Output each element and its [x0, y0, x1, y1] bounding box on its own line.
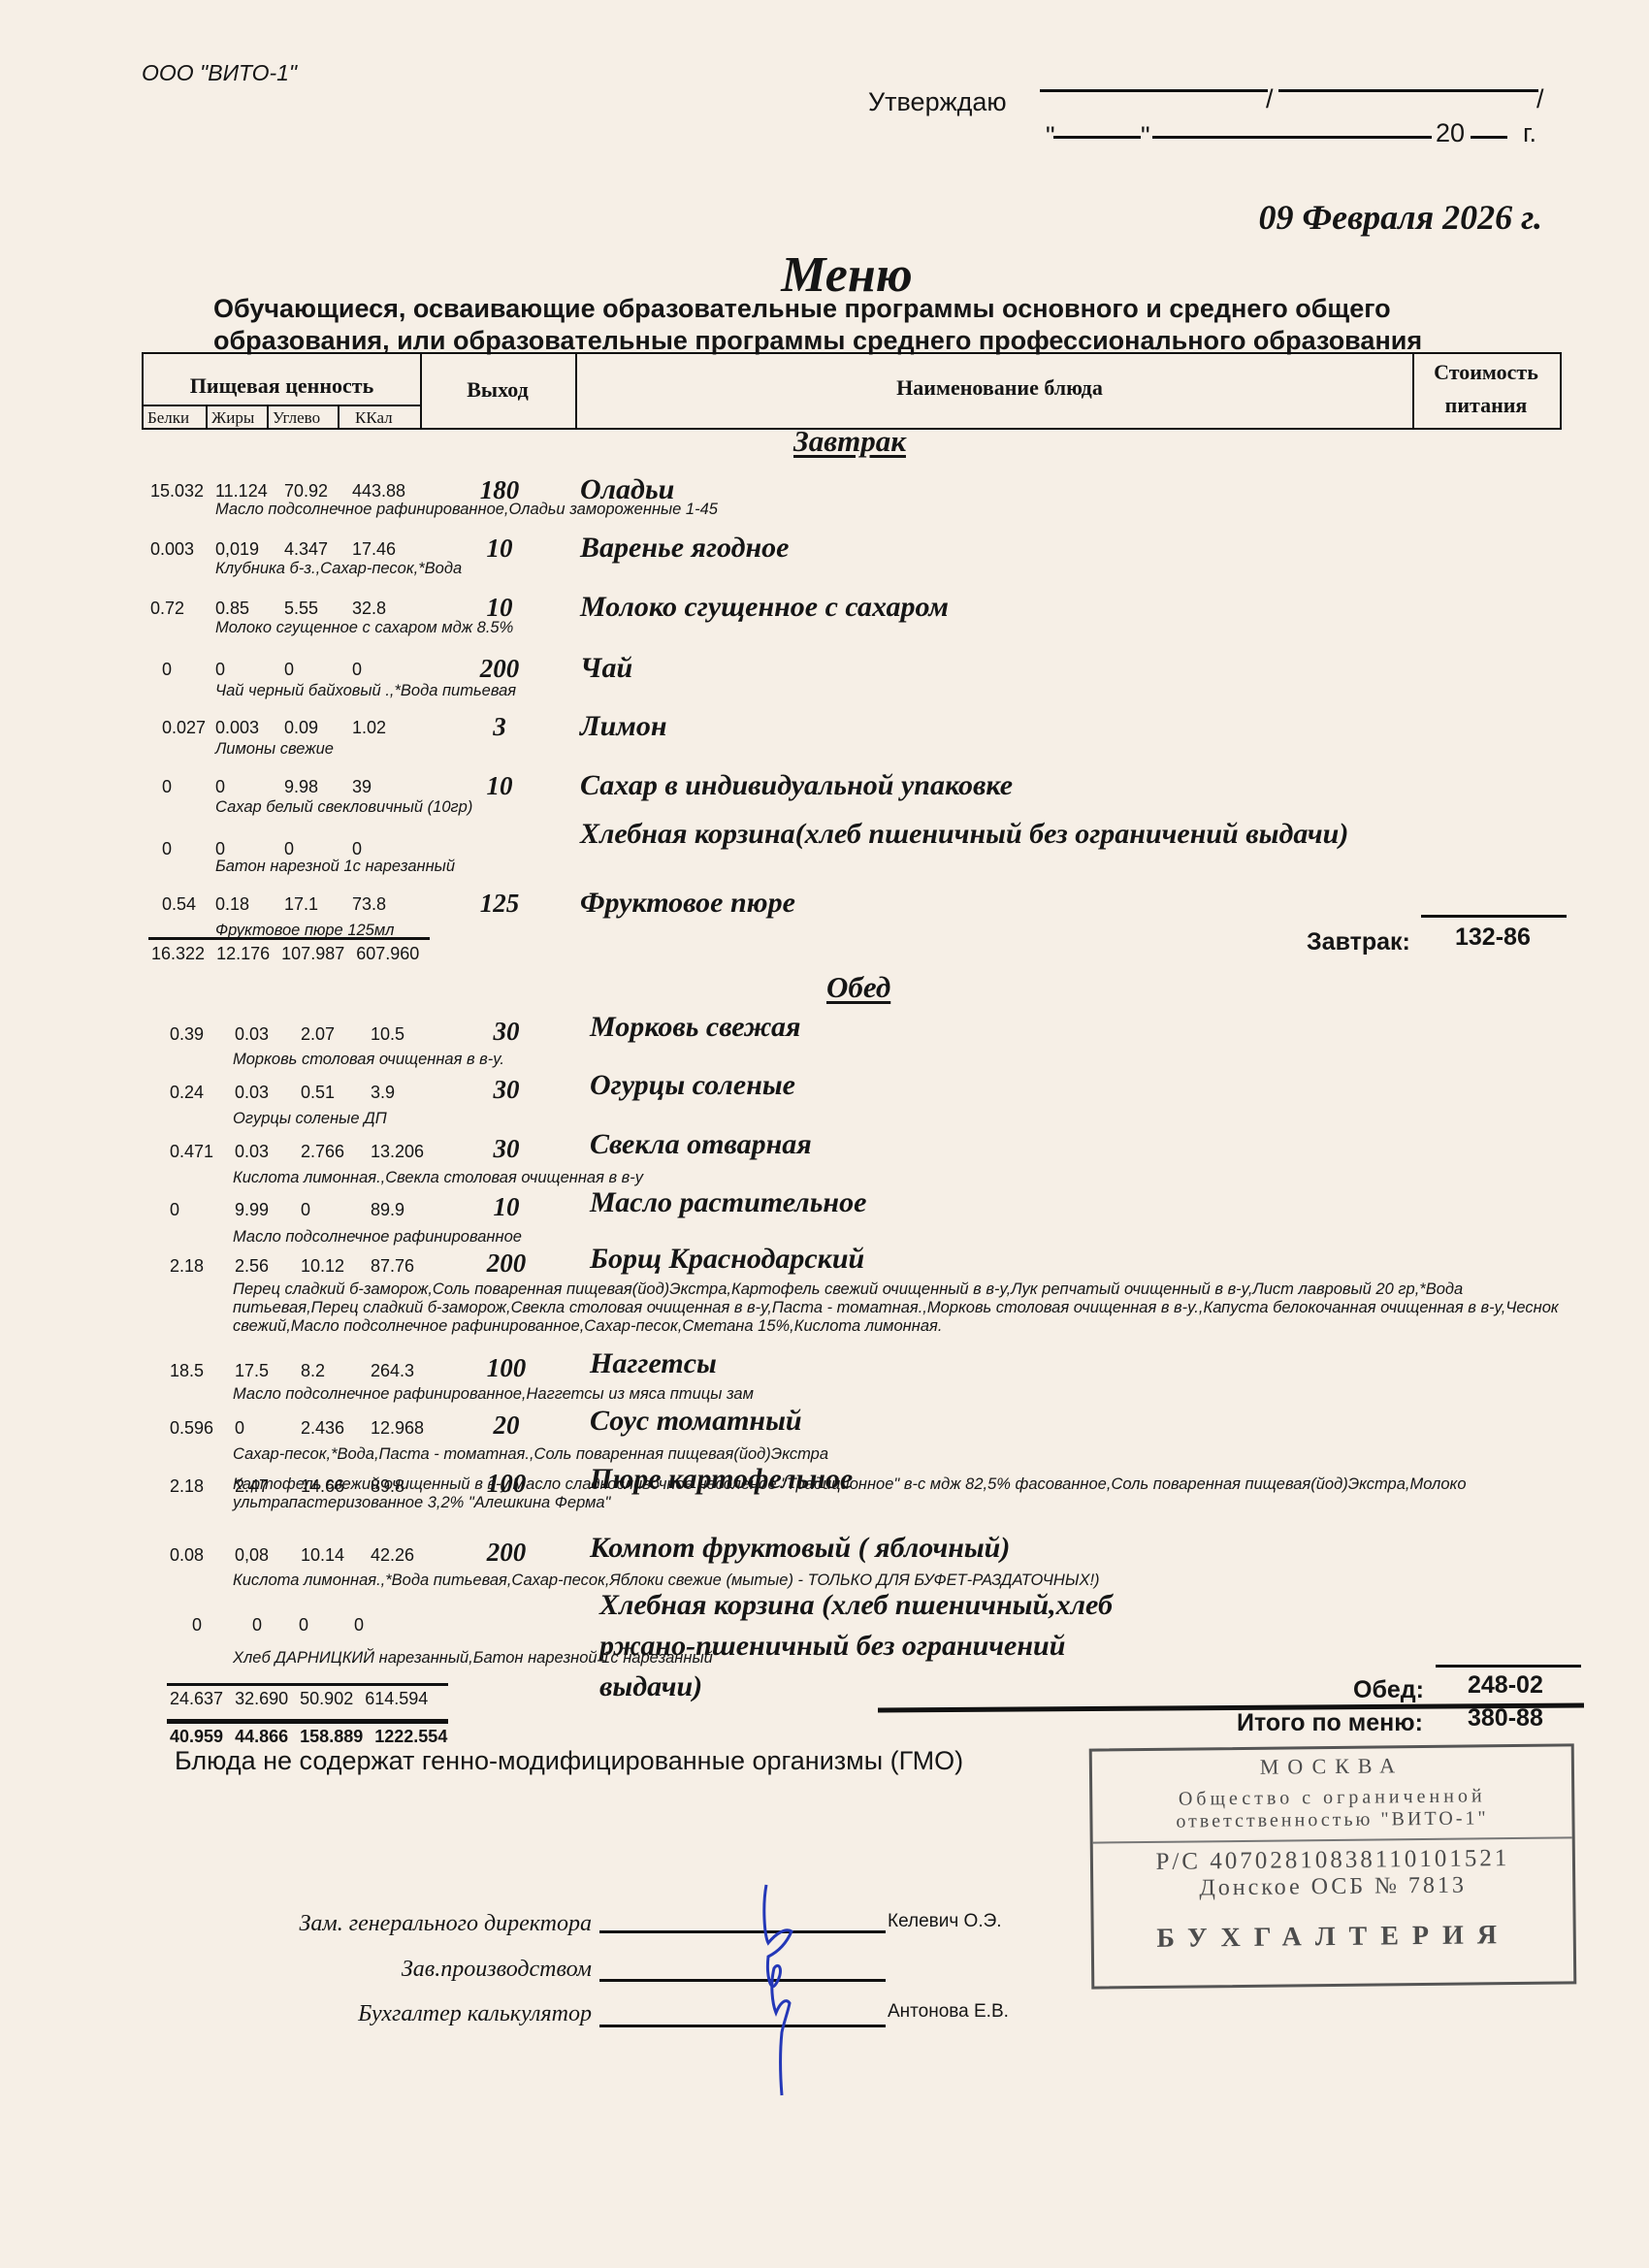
page-subtitle: Обучающиеся, осваивающие образовательные…	[213, 293, 1513, 357]
dish-ingredients: Лимоны свежие	[215, 740, 1088, 759]
nutrient-carbs: 5.55	[284, 599, 318, 619]
nutrient-kcal: 0	[352, 839, 362, 859]
dish-name: Чай	[580, 652, 632, 685]
dish-yield: 10	[461, 771, 538, 801]
nutrient-protein: 0	[162, 777, 172, 797]
approve-signature-line	[1040, 89, 1268, 92]
nutrient-fat: 0.85	[215, 599, 249, 619]
nutrient-protein: 2.18	[170, 1476, 204, 1497]
nutrient-carbs: 0	[284, 660, 294, 680]
nutrient-kcal: 32.8	[352, 599, 386, 619]
dish-yield: 10	[468, 1192, 545, 1222]
nutrient-fat: 2.56	[235, 1256, 269, 1277]
nutrient-protein: 18.5	[170, 1361, 204, 1381]
dish-ingredients: Чай черный байховый .,*Вода питьевая	[215, 682, 1088, 700]
approve-year-suffix: г.	[1523, 118, 1536, 148]
dish-yield: 125	[461, 889, 538, 919]
nutrient-kcal: 3.9	[371, 1083, 395, 1103]
nutrient-protein: 0	[162, 660, 172, 680]
nutrient-kcal: 42.26	[371, 1545, 414, 1566]
dish-ingredients: Сахар-песок,*Вода,Паста - томатная.,Соль…	[233, 1445, 1300, 1464]
nutrient-carbs: 2.766	[301, 1142, 344, 1162]
grand-total-rule	[167, 1719, 448, 1724]
dish-yield: 200	[468, 1538, 545, 1568]
total-carbs: 50.902	[300, 1689, 353, 1708]
total-protein: 40.959	[170, 1727, 223, 1746]
dish-ingredients: Морковь столовая очищенная в в-у.	[233, 1051, 1300, 1069]
dish-ingredients: Сахар белый свекловичный (10гр)	[215, 798, 1088, 817]
nutrient-carbs: 17.1	[284, 894, 318, 915]
nutrient-carbs: 2.07	[301, 1024, 335, 1045]
grand-total-cost: 380-88	[1468, 1704, 1543, 1733]
col-divider	[267, 405, 269, 428]
col-fat: Жиры	[211, 408, 254, 428]
nutrient-fat: 9.99	[235, 1200, 269, 1220]
nutrient-kcal: 443.88	[352, 481, 405, 502]
col-cost: Стоимость питания	[1414, 356, 1558, 422]
dish-yield: 200	[461, 654, 538, 684]
stamp-bank: Донское ОСБ № 7813	[1093, 1871, 1572, 1902]
lunch-nutrition-totals: 24.637 32.690 50.902 614.594	[170, 1689, 435, 1709]
lunch-cost-label: Обед:	[1353, 1676, 1424, 1704]
breakfast-cost: 132-86	[1455, 923, 1531, 952]
nutrient-fat: 0,08	[235, 1545, 269, 1566]
dish-name: Наггетсы	[590, 1347, 717, 1380]
nutrient-carbs: 0	[301, 1200, 310, 1220]
header-divider	[144, 405, 420, 406]
nutrient-carbs: 8.2	[301, 1361, 325, 1381]
dish-name: Хлебная корзина(хлеб пшеничный без огран…	[580, 818, 1348, 851]
stamp-account: Р/С 40702810838110101521	[1093, 1844, 1572, 1876]
total-kcal: 1222.554	[374, 1727, 447, 1746]
dish-ingredients: Хлеб ДАРНИЦКИЙ нарезанный,Батон нарезной…	[233, 1649, 1300, 1668]
nutrient-protein: 0.471	[170, 1142, 213, 1162]
dish-name: Сахар в индивидуальной упаковке	[580, 769, 1013, 802]
nutrient-protein: 0.027	[162, 718, 206, 738]
breakfast-nutrition-totals: 16.322 12.176 107.987 607.960	[151, 944, 426, 964]
gmo-note: Блюда не содержат генно-модифицированные…	[175, 1746, 963, 1776]
nutrient-protein: 0.003	[150, 539, 194, 560]
grand-total-label: Итого по меню:	[1237, 1709, 1423, 1737]
nutrient-kcal: 73.8	[352, 894, 386, 915]
nutrient-fat: 0	[215, 660, 225, 680]
nutrient-fat: 0.03	[235, 1083, 269, 1103]
grand-nutrition-totals: 40.959 44.866 158.889 1222.554	[170, 1727, 454, 1747]
col-carbs: Углево	[273, 408, 320, 428]
organization-name: ООО "ВИТО-1"	[142, 60, 297, 86]
lunch-cost: 248-02	[1468, 1671, 1543, 1700]
dish-name: Соус томатный	[590, 1405, 802, 1438]
nutrient-fat: 0.03	[235, 1024, 269, 1045]
total-kcal: 607.960	[356, 944, 419, 963]
nutrient-carbs: 0	[284, 839, 294, 859]
col-yield: Выход	[420, 377, 575, 403]
col-dish-name: Наименование блюда	[575, 375, 1424, 401]
nutrient-carbs: 9.98	[284, 777, 318, 797]
total-carbs: 158.889	[300, 1727, 363, 1746]
dish-yield: 3	[461, 712, 538, 742]
approve-day-line	[1053, 136, 1141, 139]
dish-yield: 30	[468, 1017, 545, 1047]
stamp-city: МОСКВА	[1092, 1751, 1571, 1781]
dish-ingredients: Молоко сгущенное с сахаром мдж 8.5%	[215, 619, 1088, 637]
total-carbs: 107.987	[281, 944, 344, 963]
signature-role: Бухгалтер калькулятор	[252, 2001, 592, 2027]
nutrient-protein: 0	[162, 839, 172, 859]
lunch-total-rule	[167, 1683, 448, 1686]
total-fat: 44.866	[235, 1727, 288, 1746]
total-protein: 16.322	[151, 944, 205, 963]
approve-slash-end: /	[1536, 84, 1544, 114]
section-lunch: Обед	[826, 970, 890, 1005]
nutrient-kcal: 89.9	[371, 1200, 404, 1220]
nutrient-carbs: 2.436	[301, 1418, 344, 1439]
dish-ingredients: Кислота лимонная.,Свекла столовая очищен…	[233, 1169, 1300, 1187]
nutrient-fat: 0.003	[215, 718, 259, 738]
menu-date: 09 Февраля 2026 г.	[1259, 197, 1543, 238]
stamp-department: БУХГАЛТЕРИЯ	[1094, 1919, 1573, 1955]
nutrient-kcal: 10.5	[371, 1024, 404, 1045]
dish-name: Борщ Краснодарский	[590, 1243, 864, 1276]
signature-name: Келевич О.Э.	[888, 1911, 1002, 1932]
dish-name: Хлебная корзина (хлеб пшеничный,хлеб ржа…	[599, 1585, 1143, 1707]
approve-label: Утверждаю	[868, 87, 1007, 117]
section-breakfast: Завтрак	[793, 424, 906, 459]
nutrient-kcal: 17.46	[352, 539, 396, 560]
col-nutrition: Пищевая ценность	[144, 373, 420, 399]
nutrient-carbs: 0.51	[301, 1083, 335, 1103]
nutrient-fat: 0	[235, 1418, 244, 1439]
nutrient-fat: 17.5	[235, 1361, 269, 1381]
table-header: Пищевая ценность Белки Жиры Углево ККал …	[142, 352, 1562, 430]
breakfast-total-rule	[148, 937, 430, 940]
dish-ingredients: Батон нарезной 1с нарезанный	[215, 858, 1088, 876]
approve-slash: /	[1266, 84, 1274, 114]
dish-yield: 200	[468, 1248, 545, 1279]
nutrient-kcal: 1.02	[352, 718, 386, 738]
dish-ingredients: Масло подсолнечное рафинированное,Наггет…	[233, 1385, 1300, 1404]
col-divider	[206, 405, 208, 428]
stamp-line2: ответственностью "ВИТО-1"	[1092, 1806, 1571, 1833]
nutrient-protein: 0	[192, 1615, 202, 1636]
approve-name-line	[1278, 89, 1538, 92]
total-fat: 32.690	[235, 1689, 288, 1708]
approve-quote-close: "	[1141, 121, 1150, 151]
nutrient-protein: 0	[170, 1200, 179, 1220]
dish-name: Фруктовое пюре	[580, 887, 795, 920]
dish-yield: 20	[468, 1410, 545, 1441]
nutrient-fat: 0	[215, 839, 225, 859]
nutrient-kcal: 0	[354, 1615, 364, 1636]
dish-yield: 100	[468, 1353, 545, 1383]
nutrient-protein: 0.39	[170, 1024, 204, 1045]
nutrient-kcal: 264.3	[371, 1361, 414, 1381]
nutrient-kcal: 0	[352, 660, 362, 680]
nutrient-fat: 0.03	[235, 1142, 269, 1162]
total-fat: 12.176	[216, 944, 270, 963]
breakfast-cost-rule	[1421, 915, 1567, 918]
approve-year-line	[1471, 136, 1507, 139]
approve-year-prefix: 20	[1436, 118, 1465, 148]
nutrient-fat: 0	[215, 777, 225, 797]
col-kcal: ККал	[355, 408, 393, 428]
nutrient-fat: 0	[252, 1615, 262, 1636]
dish-ingredients: Перец сладкий б-заморож,Соль поваренная …	[233, 1280, 1571, 1336]
nutrient-fat: 11.124	[215, 481, 268, 502]
company-stamp: МОСКВА Общество с ограниченной ответстве…	[1089, 1743, 1577, 1989]
signature-role: Зам. генерального директора	[252, 1911, 592, 1937]
dish-ingredients: Масло подсолнечное рафинированное,Оладьи…	[215, 501, 1088, 519]
nutrient-carbs: 10.14	[301, 1545, 344, 1566]
nutrient-carbs: 0.09	[284, 718, 318, 738]
handwritten-signature	[737, 1877, 815, 2100]
nutrient-kcal: 12.968	[371, 1418, 424, 1439]
nutrient-protein: 0.72	[150, 599, 184, 619]
nutrient-protein: 2.18	[170, 1256, 204, 1277]
dish-yield: 30	[468, 1134, 545, 1164]
nutrient-protein: 0.24	[170, 1083, 204, 1103]
nutrient-kcal: 39	[352, 777, 372, 797]
signature-role: Зав.производством	[252, 1957, 592, 1983]
total-kcal: 614.594	[365, 1689, 428, 1708]
dish-yield: 30	[468, 1075, 545, 1105]
col-protein: Белки	[147, 408, 189, 428]
dish-ingredients: Огурцы соленые ДП	[233, 1110, 1300, 1128]
nutrient-protein: 0.596	[170, 1418, 213, 1439]
dish-name: Огурцы соленые	[590, 1069, 795, 1102]
total-protein: 24.637	[170, 1689, 223, 1708]
nutrient-kcal: 13.206	[371, 1142, 424, 1162]
nutrient-carbs: 70.92	[284, 481, 328, 502]
nutrient-carbs: 4.347	[284, 539, 328, 560]
dish-ingredients: Клубника б-з.,Сахар-песок,*Вода	[215, 560, 1088, 578]
nutrient-protein: 0.54	[162, 894, 196, 915]
lunch-cost-rule	[1436, 1665, 1581, 1668]
dish-name: Лимон	[580, 710, 666, 743]
nutrient-carbs: 10.12	[301, 1256, 344, 1277]
nutrient-protein: 15.032	[150, 481, 204, 502]
dish-ingredients: Картофель свежий очищенный в в-у,Масло с…	[233, 1475, 1571, 1512]
col-divider	[338, 405, 339, 428]
nutrient-protein: 0.08	[170, 1545, 204, 1566]
nutrient-carbs: 0	[299, 1615, 308, 1636]
approve-month-line	[1152, 136, 1432, 139]
nutrient-fat: 0,019	[215, 539, 259, 560]
signature-name: Антонова Е.В.	[888, 2001, 1009, 2023]
dish-name: Свекла отварная	[590, 1128, 812, 1161]
dish-name: Морковь свежая	[590, 1011, 800, 1044]
nutrient-kcal: 87.76	[371, 1256, 414, 1277]
breakfast-cost-label: Завтрак:	[1307, 928, 1410, 956]
dish-name: Масло растительное	[590, 1186, 866, 1219]
nutrient-fat: 0.18	[215, 894, 249, 915]
dish-name: Компот фруктовый ( яблочный)	[590, 1532, 1010, 1565]
